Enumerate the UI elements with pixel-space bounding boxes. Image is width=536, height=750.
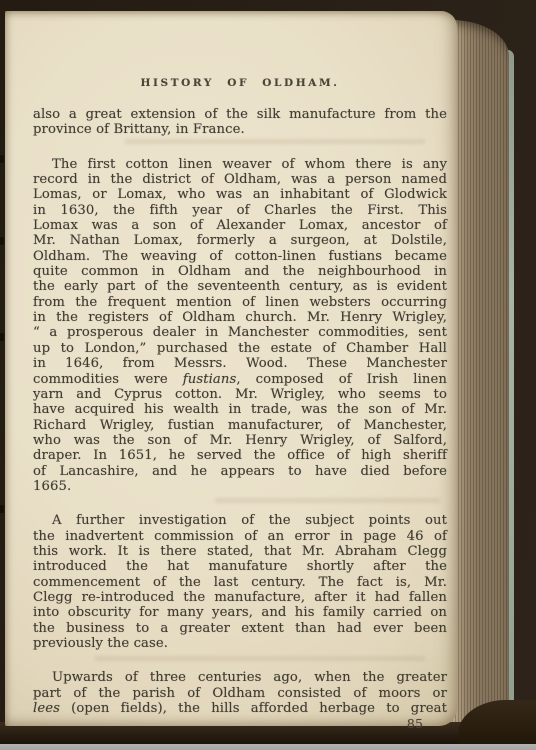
running-header: HISTORY OF OLDHAM. [33, 77, 447, 89]
text-line: the inadvertent commission of an error i… [33, 529, 447, 544]
text-line: also a great extension of the silk manuf… [33, 107, 447, 122]
text-line: province of Brittany, in France. [33, 122, 447, 137]
paragraph: also a great extension of the silk manuf… [33, 107, 447, 138]
text-line: the early part of the seventeenth centur… [33, 279, 447, 294]
text-line: who was the son of Mr. Henry Wrigley, of… [33, 433, 447, 448]
text-line: introduced the hat manufature shortly af… [33, 559, 447, 574]
text-line: part of the parish of Oldham consisted o… [33, 686, 447, 701]
text-line: previously the case. [33, 636, 447, 651]
page-text: also a great extension of the silk manuf… [33, 107, 447, 732]
paragraph: The first cotton linen weaver of whom th… [33, 157, 447, 495]
text-line: lees (open fields), the hills afforded h… [33, 701, 447, 716]
text-line: The first cotton linen weaver of whom th… [33, 157, 447, 172]
text-line: into obscurity for many years, and his f… [33, 605, 447, 620]
text-line: quite common in Oldham and the neighbour… [33, 264, 447, 279]
book-photo: HISTORY OF OLDHAM. also a great extensio… [0, 0, 536, 750]
text-line: in the registers of Oldham church. Mr. H… [33, 310, 447, 325]
text-line: 1665. [33, 479, 447, 494]
text-line: record in the district of Oldham, was a … [33, 172, 447, 187]
paragraph: Upwards of three centuries ago, when the… [33, 670, 447, 716]
text-line: the business to a greater extent than ha… [33, 621, 447, 636]
paragraph: A further investigation of the subject p… [33, 513, 447, 651]
binding-mark [0, 333, 4, 341]
text-line: from the frequent mention of linen webst… [33, 295, 447, 310]
text-line: Oldham. The weaving of cotton-linen fust… [33, 249, 447, 264]
text-line: Richard Wrigley, fustian manufacturer, o… [33, 418, 447, 433]
text-line: up to London,” purchased the estate of C… [33, 341, 447, 356]
binding-mark [0, 155, 4, 163]
text-line: A further investigation of the subject p… [33, 513, 447, 528]
text-line: in 1646, from Messrs. Wood. These Manche… [33, 356, 447, 371]
text-line: commencement of the last century. The fa… [33, 575, 447, 590]
text-line: in 1630, the fifth year of Charles the F… [33, 203, 447, 218]
table-surface [0, 743, 536, 750]
text-line: yarn and Cyprus cotton. Mr. Wrigley, who… [33, 387, 447, 402]
text-line: commodities were fustians, composed of I… [33, 372, 447, 387]
text-line: draper. In 1651, he served the office of… [33, 448, 447, 463]
text-line: of Lancashire, and he appears to have di… [33, 464, 447, 479]
text-line: Lomas, or Lomax, who was an inhabitant o… [33, 187, 447, 202]
text-line: Clegg re-introduced the manufacture, aft… [33, 590, 447, 605]
binding-mark [0, 505, 4, 513]
binding-mark [0, 237, 4, 245]
text-line: this work. It is there stated, that Mr. … [33, 544, 447, 559]
text-line: Upwards of three centuries ago, when the… [33, 670, 447, 685]
text-line: have acquired his wealth in trade, was t… [33, 402, 447, 417]
book-page: HISTORY OF OLDHAM. also a great extensio… [5, 11, 457, 726]
text-line: Lomax was a son of Alexander Lomax, ance… [33, 218, 447, 233]
text-line: Mr. Nathan Lomax, formerly a surgeon, at… [33, 233, 447, 248]
text-line: “ a prosperous dealer in Manchester comm… [33, 325, 447, 340]
page-number: 85 [33, 716, 447, 731]
